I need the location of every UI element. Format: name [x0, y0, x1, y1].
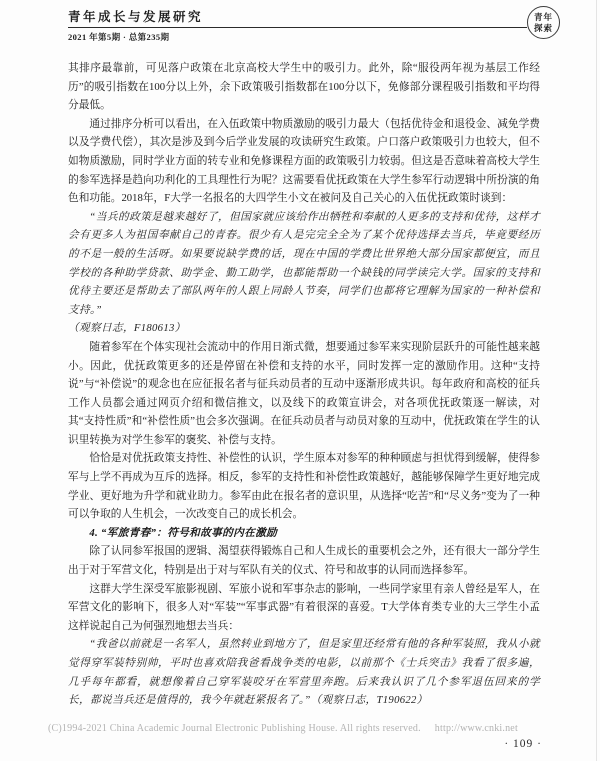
issue-info: 2021 年第5期 · 总第235期: [68, 31, 540, 43]
paragraph: 恰恰是对优抚政策支持性、补偿性的认识，学生原本对参军的种种顾虑与担忧得到缓解，使…: [68, 449, 540, 523]
journal-page: 青年成长与发展研究 2021 年第5期 · 总第235期 青年 探索 其排序最靠…: [0, 0, 600, 761]
journal-logo-badge: 青年 探索: [527, 6, 560, 39]
journal-title: 青年成长与发展研究: [68, 10, 540, 24]
page-number: · 109 ·: [504, 738, 542, 750]
copyright-footer: (C)1994-2021 China Academic Journal Elec…: [48, 723, 518, 734]
section-heading: 4. “军旅青春”：符号和故事的内在激励: [68, 524, 540, 543]
cnki-url: http://www.cnki.net: [435, 723, 518, 734]
paragraph: 这群大学生深受军旅影视剧、军旅小说和军事杂志的影响，一些同学家里有亲人曾经是军人…: [68, 580, 540, 636]
paragraph: （观察日志，F180613）: [68, 319, 540, 338]
copyright-text: (C)1994-2021 China Academic Journal Elec…: [48, 723, 421, 734]
paragraph: 随着参军在个体实现社会流动中的作用日渐式微，想要通过参军来实现阶层跃升的可能性越…: [68, 338, 540, 450]
paragraph: 通过排序分析可以看出，在入伍政策中物质激励的吸引力最大（包括优待金和退役金、减免…: [68, 115, 540, 208]
paragraph: “我爸以前就是一名军人，虽然转业到地方了，但是家里还经常有他的各种军装照，我从小…: [68, 635, 540, 709]
article-body: 其排序最靠前，可见落户政策在北京高校大学生中的吸引力。此外，除“服役两年视为基层…: [68, 59, 540, 710]
paragraph: 除了认同参军报国的逻辑、渴望获得锻炼自己和人生成长的重要机会之外，还有很大一部分…: [68, 542, 540, 579]
page-scan-edge: [596, 0, 597, 761]
badge-text-line2: 探索: [534, 23, 553, 34]
page-header: 青年成长与发展研究 2021 年第5期 · 总第235期 青年 探索: [68, 10, 540, 43]
paragraph: 其排序最靠前，可见落户政策在北京高校大学生中的吸引力。此外，除“服役两年视为基层…: [68, 59, 540, 115]
header-rule: [68, 27, 527, 28]
badge-text-line1: 青年: [534, 12, 553, 23]
paragraph: “当兵的政策是越来越好了，但国家就应该给作出牺牲和奉献的人更多的支持和优待，这样…: [68, 208, 540, 320]
